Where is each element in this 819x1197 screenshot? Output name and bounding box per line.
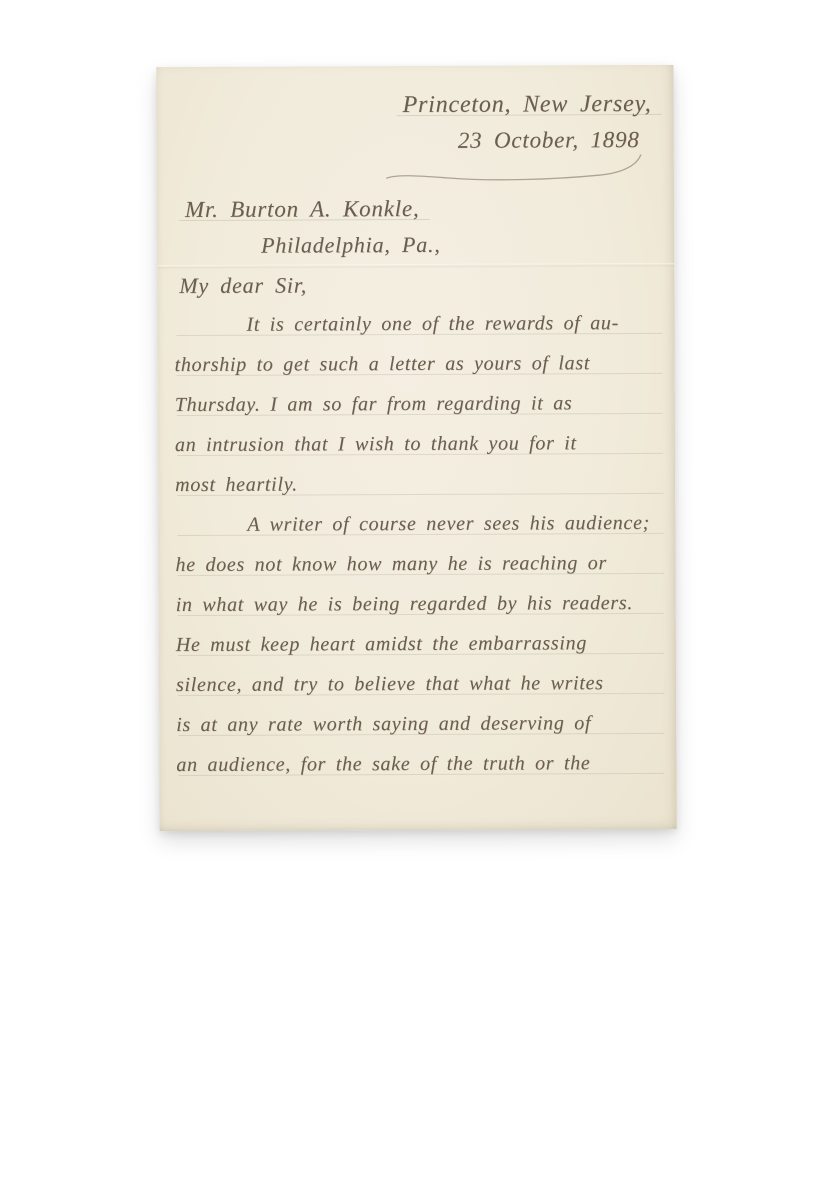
body-line: Thursday. I am so far from regarding it …: [175, 383, 667, 425]
body-line: thorship to get such a letter as yours o…: [175, 343, 667, 385]
body-line: silence, and try to believe that what he…: [176, 663, 668, 705]
body-line: an audience, for the sake of the truth o…: [176, 743, 668, 785]
body-line: he does not know how many he is reaching…: [175, 543, 667, 585]
body-line: It is certainly one of the rewards of au…: [174, 303, 666, 345]
letter-paper: Princeton, New Jersey, 23 October, 1898 …: [156, 65, 676, 831]
letter-body: It is certainly one of the rewards of au…: [174, 303, 668, 785]
dateline-place: Princeton, New Jersey,: [403, 87, 652, 122]
pen-flourish-icon: [385, 151, 647, 186]
body-line: in what way he is being regarded by his …: [176, 583, 668, 625]
recipient-name: Mr. Burton A. Konkle,: [185, 192, 420, 227]
recipient-city: Philadelphia, Pa.,: [261, 228, 441, 263]
scan-background: Princeton, New Jersey, 23 October, 1898 …: [0, 0, 819, 1197]
body-line: an intrusion that I wish to thank you fo…: [175, 423, 667, 465]
body-line: is at any rate worth saying and deservin…: [176, 703, 668, 745]
body-line: He must keep heart amidst the embarrassi…: [176, 623, 668, 665]
body-line: most heartily.: [175, 463, 667, 505]
salutation: My dear Sir,: [179, 268, 307, 303]
body-line: A writer of course never sees his audien…: [175, 503, 667, 545]
